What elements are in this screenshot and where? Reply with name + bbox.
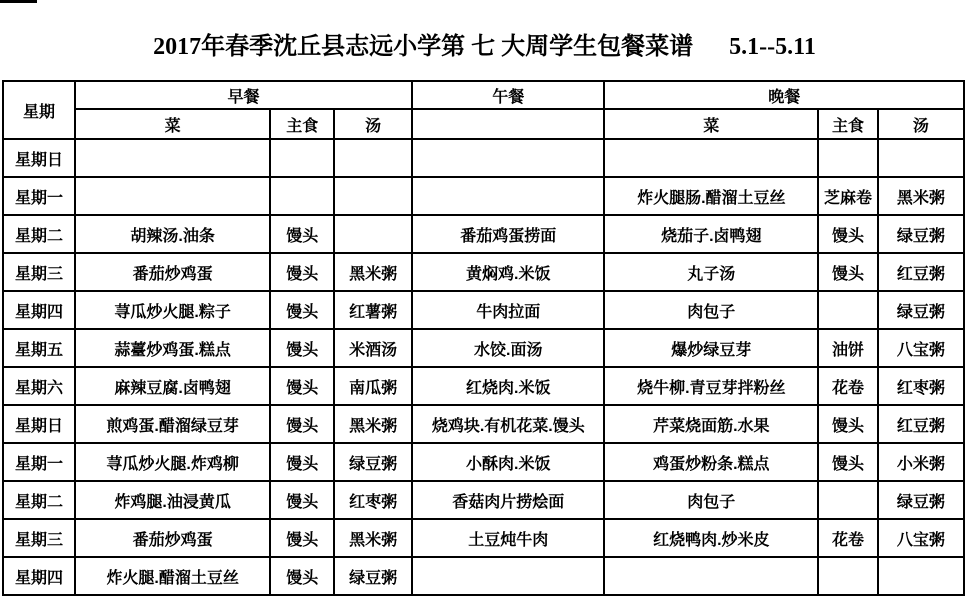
page-title: 2017年春季沈丘县志远小学第 七 大周学生包餐菜谱 5.1--5.11 <box>0 0 969 56</box>
dinner-soup-cell: 小米粥 <box>878 443 964 481</box>
breakfast-soup-cell <box>334 177 412 215</box>
lunch-cell: 红烧肉.米饭 <box>412 367 604 405</box>
dinner-staple-cell <box>818 557 878 595</box>
dinner-dish-cell: 炸火腿肠.醋溜土豆丝 <box>604 177 818 215</box>
lunch-cell: 番茄鸡蛋捞面 <box>412 215 604 253</box>
breakfast-soup-cell: 黑米粥 <box>334 253 412 291</box>
breakfast-dish-cell <box>75 139 270 177</box>
dinner-staple-cell: 芝麻卷 <box>818 177 878 215</box>
meal-menu-table: 星期 早餐 午餐 晚餐 菜 主食 汤 菜 主食 汤 星期日星期一炸火腿肠.醋溜土… <box>2 80 965 596</box>
menu-row: 星期一炸火腿肠.醋溜土豆丝芝麻卷黑米粥 <box>3 177 964 215</box>
breakfast-staple-cell: 馒头 <box>270 215 334 253</box>
breakfast-dish-cell: 番茄炒鸡蛋 <box>75 253 270 291</box>
breakfast-dish-cell: 荨瓜炒火腿.粽子 <box>75 291 270 329</box>
breakfast-staple-cell: 馒头 <box>270 367 334 405</box>
dinner-staple-cell: 馒头 <box>818 405 878 443</box>
dinner-soup-cell: 红豆粥 <box>878 253 964 291</box>
breakfast-staple-cell: 馒头 <box>270 557 334 595</box>
menu-row: 星期日 <box>3 139 964 177</box>
menu-row: 星期二胡辣汤.油条馒头番茄鸡蛋捞面烧茄子.卤鸭翅馒头绿豆粥 <box>3 215 964 253</box>
day-cell: 星期四 <box>3 291 75 329</box>
breakfast-soup-header: 汤 <box>334 109 412 139</box>
dinner-dish-cell: 丸子汤 <box>604 253 818 291</box>
day-cell: 星期三 <box>3 519 75 557</box>
breakfast-dish-cell: 麻辣豆腐.卤鸭翅 <box>75 367 270 405</box>
menu-row: 星期六麻辣豆腐.卤鸭翅馒头南瓜粥红烧肉.米饭烧牛柳.青豆芽拌粉丝花卷红枣粥 <box>3 367 964 405</box>
dinner-staple-cell: 花卷 <box>818 519 878 557</box>
day-cell: 星期一 <box>3 177 75 215</box>
dinner-staple-header: 主食 <box>818 109 878 139</box>
lunch-cell <box>412 139 604 177</box>
dinner-dish-cell: 肉包子 <box>604 481 818 519</box>
dinner-soup-cell <box>878 139 964 177</box>
menu-row: 星期四荨瓜炒火腿.粽子馒头红薯粥牛肉拉面肉包子绿豆粥 <box>3 291 964 329</box>
dinner-dish-cell <box>604 139 818 177</box>
menu-row: 星期四炸火腿.醋溜土豆丝馒头绿豆粥 <box>3 557 964 595</box>
breakfast-staple-cell <box>270 177 334 215</box>
dinner-header: 晚餐 <box>604 81 964 109</box>
breakfast-staple-header: 主食 <box>270 109 334 139</box>
menu-table-header: 星期 早餐 午餐 晚餐 菜 主食 汤 菜 主食 汤 <box>3 81 964 139</box>
dinner-soup-cell: 绿豆粥 <box>878 291 964 329</box>
breakfast-dish-cell: 炸鸡腿.油浸黄瓜 <box>75 481 270 519</box>
breakfast-soup-cell: 米酒汤 <box>334 329 412 367</box>
dinner-dish-cell: 爆炒绿豆芽 <box>604 329 818 367</box>
day-cell: 星期五 <box>3 329 75 367</box>
day-cell: 星期四 <box>3 557 75 595</box>
lunch-cell <box>412 557 604 595</box>
day-column-header: 星期 <box>3 81 75 139</box>
breakfast-dish-cell: 蒜薹炒鸡蛋.糕点 <box>75 329 270 367</box>
breakfast-header: 早餐 <box>75 81 412 109</box>
menu-row: 星期二炸鸡腿.油浸黄瓜馒头红枣粥香菇肉片捞烩面肉包子绿豆粥 <box>3 481 964 519</box>
dinner-soup-cell: 八宝粥 <box>878 329 964 367</box>
lunch-cell: 黄焖鸡.米饭 <box>412 253 604 291</box>
dinner-soup-header: 汤 <box>878 109 964 139</box>
lunch-cell: 土豆炖牛肉 <box>412 519 604 557</box>
breakfast-soup-cell: 绿豆粥 <box>334 443 412 481</box>
lunch-sub-header-empty <box>412 109 604 139</box>
breakfast-soup-cell: 红枣粥 <box>334 481 412 519</box>
breakfast-soup-cell: 绿豆粥 <box>334 557 412 595</box>
lunch-cell <box>412 177 604 215</box>
breakfast-soup-cell: 黑米粥 <box>334 519 412 557</box>
breakfast-dish-cell <box>75 177 270 215</box>
dinner-soup-cell: 红豆粥 <box>878 405 964 443</box>
breakfast-dish-cell: 煎鸡蛋.醋溜绿豆芽 <box>75 405 270 443</box>
breakfast-soup-cell: 黑米粥 <box>334 405 412 443</box>
menu-row: 星期三番茄炒鸡蛋馒头黑米粥黄焖鸡.米饭丸子汤馒头红豆粥 <box>3 253 964 291</box>
dinner-dish-cell: 烧茄子.卤鸭翅 <box>604 215 818 253</box>
dinner-soup-cell: 绿豆粥 <box>878 215 964 253</box>
breakfast-soup-cell: 红薯粥 <box>334 291 412 329</box>
lunch-cell: 牛肉拉面 <box>412 291 604 329</box>
dinner-staple-cell: 馒头 <box>818 215 878 253</box>
dinner-staple-cell: 花卷 <box>818 367 878 405</box>
day-cell: 星期二 <box>3 215 75 253</box>
lunch-header: 午餐 <box>412 81 604 109</box>
breakfast-dish-cell: 番茄炒鸡蛋 <box>75 519 270 557</box>
dinner-staple-cell <box>818 481 878 519</box>
dinner-dish-header: 菜 <box>604 109 818 139</box>
menu-row: 星期五蒜薹炒鸡蛋.糕点馒头米酒汤水饺.面汤爆炒绿豆芽油饼八宝粥 <box>3 329 964 367</box>
dinner-dish-cell: 芹菜烧面筋.水果 <box>604 405 818 443</box>
dinner-dish-cell: 肉包子 <box>604 291 818 329</box>
lunch-cell: 小酥肉.米饭 <box>412 443 604 481</box>
breakfast-staple-cell: 馒头 <box>270 291 334 329</box>
breakfast-staple-cell: 馒头 <box>270 443 334 481</box>
lunch-cell: 水饺.面汤 <box>412 329 604 367</box>
top-left-mark <box>0 0 37 3</box>
day-cell: 星期六 <box>3 367 75 405</box>
day-cell: 星期三 <box>3 253 75 291</box>
lunch-cell: 香菇肉片捞烩面 <box>412 481 604 519</box>
breakfast-staple-cell: 馒头 <box>270 253 334 291</box>
dinner-dish-cell <box>604 557 818 595</box>
dinner-dish-cell: 红烧鸭肉.炒米皮 <box>604 519 818 557</box>
menu-row: 星期日煎鸡蛋.醋溜绿豆芽馒头黑米粥烧鸡块.有机花菜.馒头芹菜烧面筋.水果馒头红豆… <box>3 405 964 443</box>
meal-header-row: 星期 早餐 午餐 晚餐 <box>3 81 964 109</box>
breakfast-dish-cell: 胡辣汤.油条 <box>75 215 270 253</box>
breakfast-soup-cell <box>334 215 412 253</box>
day-cell: 星期一 <box>3 443 75 481</box>
breakfast-staple-cell: 馒头 <box>270 405 334 443</box>
breakfast-dish-header: 菜 <box>75 109 270 139</box>
day-cell: 星期日 <box>3 405 75 443</box>
dinner-soup-cell: 黑米粥 <box>878 177 964 215</box>
day-cell: 星期日 <box>3 139 75 177</box>
breakfast-staple-cell: 馒头 <box>270 481 334 519</box>
menu-row: 星期一荨瓜炒火腿.炸鸡柳馒头绿豆粥小酥肉.米饭鸡蛋炒粉条.糕点馒头小米粥 <box>3 443 964 481</box>
breakfast-dish-cell: 荨瓜炒火腿.炸鸡柳 <box>75 443 270 481</box>
dinner-soup-cell: 绿豆粥 <box>878 481 964 519</box>
breakfast-soup-cell <box>334 139 412 177</box>
breakfast-dish-cell: 炸火腿.醋溜土豆丝 <box>75 557 270 595</box>
dinner-soup-cell: 八宝粥 <box>878 519 964 557</box>
sub-header-row: 菜 主食 汤 菜 主食 汤 <box>3 109 964 139</box>
dinner-soup-cell <box>878 557 964 595</box>
dinner-soup-cell: 红枣粥 <box>878 367 964 405</box>
dinner-staple-cell <box>818 291 878 329</box>
dinner-staple-cell: 油饼 <box>818 329 878 367</box>
dinner-staple-cell <box>818 139 878 177</box>
dinner-dish-cell: 鸡蛋炒粉条.糕点 <box>604 443 818 481</box>
lunch-cell: 烧鸡块.有机花菜.馒头 <box>412 405 604 443</box>
breakfast-staple-cell: 馒头 <box>270 519 334 557</box>
breakfast-staple-cell: 馒头 <box>270 329 334 367</box>
dinner-dish-cell: 烧牛柳.青豆芽拌粉丝 <box>604 367 818 405</box>
dinner-staple-cell: 馒头 <box>818 253 878 291</box>
breakfast-staple-cell <box>270 139 334 177</box>
dinner-staple-cell: 馒头 <box>818 443 878 481</box>
breakfast-soup-cell: 南瓜粥 <box>334 367 412 405</box>
menu-table-body: 星期日星期一炸火腿肠.醋溜土豆丝芝麻卷黑米粥星期二胡辣汤.油条馒头番茄鸡蛋捞面烧… <box>3 139 964 595</box>
day-cell: 星期二 <box>3 481 75 519</box>
menu-row: 星期三番茄炒鸡蛋馒头黑米粥土豆炖牛肉红烧鸭肉.炒米皮花卷八宝粥 <box>3 519 964 557</box>
